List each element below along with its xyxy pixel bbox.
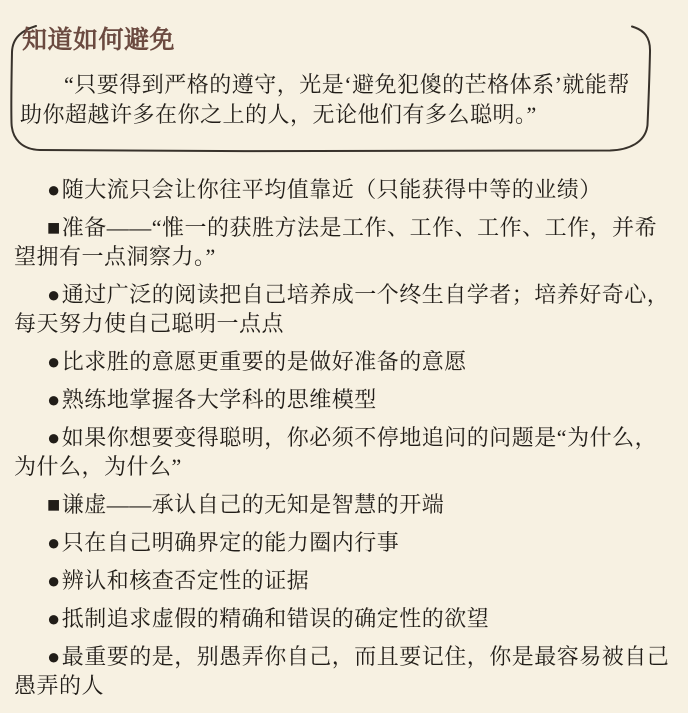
circle-bullet-icon: ●: [47, 606, 61, 631]
list-item: ●通过广泛的阅读把自己培养成一个终生自学者；培养好奇心，每天努力使自己聪明一点点: [14, 280, 674, 338]
circle-bullet-icon: ●: [47, 282, 61, 307]
circle-bullet-icon: ●: [47, 425, 61, 450]
list-item-text: 准备——“惟一的获胜方法是工作、工作、工作、工作，并希望拥有一点洞察力。”: [14, 215, 657, 269]
list-item: ●辨认和核查否定性的证据: [14, 566, 674, 595]
list-item: ●抵制追求虚假的精确和错误的确定性的欲望: [14, 604, 674, 633]
list-item: ●随大流只会让你往平均值靠近（只能获得中等的业绩）: [14, 175, 674, 204]
list-item: ●熟练地掌握各大学科的思维模型: [14, 385, 674, 414]
list-item: ■准备——“惟一的获胜方法是工作、工作、工作、工作，并希望拥有一点洞察力。”: [14, 213, 674, 271]
circle-bullet-icon: ●: [47, 349, 61, 374]
circle-bullet-icon: ●: [47, 387, 61, 412]
ebook-page: { "colors": { "background": "#f7f1e2", "…: [0, 0, 688, 713]
list-item: ●如果你想要变得聪明，你必须不停地追问的问题是“为什么，为什么，为什么”: [14, 423, 674, 481]
list-item-text: 谦虚——承认自己的无知是智慧的开端: [62, 492, 445, 517]
square-bullet-icon: ■: [47, 215, 61, 240]
list-item-text: 如果你想要变得聪明，你必须不停地追问的问题是“为什么，为什么，为什么”: [14, 425, 657, 479]
list-item: ■谦虚——承认自己的无知是智慧的开端: [14, 490, 674, 519]
list-item-text: 随大流只会让你往平均值靠近（只能获得中等的业绩）: [62, 177, 602, 202]
list-item-text: 只在自己明确界定的能力圈内行事: [62, 530, 400, 555]
list-item: ●最重要的是，别愚弄你自己，而且要记住，你是最容易被自己愚弄的人: [14, 642, 674, 700]
bullet-list: ●随大流只会让你往平均值靠近（只能获得中等的业绩）■准备——“惟一的获胜方法是工…: [14, 175, 674, 709]
list-item-text: 通过广泛的阅读把自己培养成一个终生自学者；培养好奇心，每天努力使自己聪明一点点: [14, 282, 669, 336]
list-item-text: 最重要的是，别愚弄你自己，而且要记住，你是最容易被自己愚弄的人: [14, 644, 669, 698]
circle-bullet-icon: ●: [47, 568, 61, 593]
list-item-text: 辨认和核查否定性的证据: [62, 568, 310, 593]
circle-bullet-icon: ●: [47, 177, 61, 202]
list-item: ●只在自己明确界定的能力圈内行事: [14, 528, 674, 557]
list-item-text: 抵制追求虚假的精确和错误的确定性的欲望: [62, 606, 490, 631]
list-item: ●比求胜的意愿更重要的是做好准备的意愿: [14, 347, 674, 376]
list-item-text: 熟练地掌握各大学科的思维模型: [62, 387, 377, 412]
square-bullet-icon: ■: [47, 492, 61, 517]
list-item-text: 比求胜的意愿更重要的是做好准备的意愿: [62, 349, 467, 374]
circle-bullet-icon: ●: [47, 644, 61, 669]
circle-bullet-icon: ●: [47, 530, 61, 555]
callout-box: 知道如何避免 “只要得到严格的遵守，光是‘避免犯傻的芒格体系’就能帮助你超越许多…: [9, 22, 657, 156]
callout-title: 知道如何避免: [22, 26, 175, 54]
callout-quote: “只要得到严格的遵守，光是‘避免犯傻的芒格体系’就能帮助你超越许多在你之上的人，…: [20, 70, 640, 130]
